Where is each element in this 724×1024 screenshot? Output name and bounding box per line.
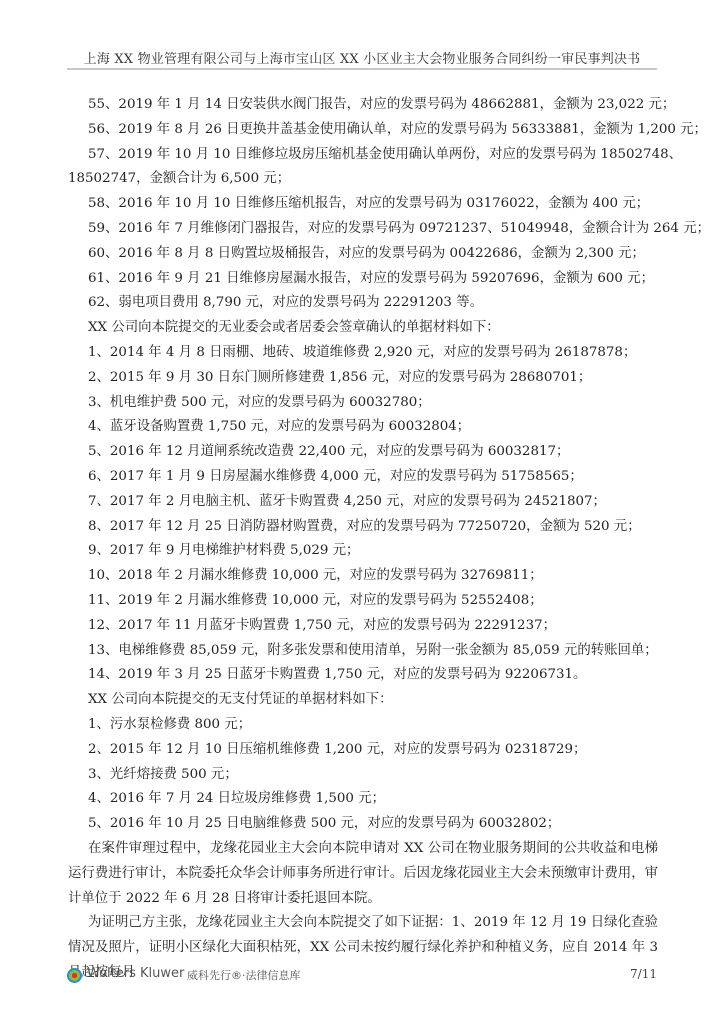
list-item: 2、2015 年 9 月 30 日东门厕所修建费 1,856 元，对应的发票号码… [68,366,658,391]
list-item: 14、2019 年 3 月 25 日蓝牙卡购置费 1,750 元，对应的发票号码… [68,663,658,688]
list-item: 59、2016 年 7 月维修闭门器报告，对应的发票号码为 09721237、5… [68,217,658,242]
list-item: 5、2016 年 12 月道闸系统改造费 22,400 元，对应的发票号码为 6… [68,440,658,465]
section-heading: XX 公司向本院提交的无支付凭证的单据材料如下： [68,688,658,713]
list-item: 13、电梯维修费 85,059 元，附多张发票和使用清单，另附一张金额为 85,… [68,639,658,664]
document-body: 55、2019 年 1 月 14 日安装供水阀门报告，对应的发票号码为 4866… [68,93,658,986]
list-item: 11、2019 年 2 月漏水维修费 10,000 元，对应的发票号码为 525… [68,589,658,614]
list-item: 1、2014 年 4 月 8 日雨棚、地砖、坡道维修费 2,920 元，对应的发… [68,341,658,366]
list-item: 55、2019 年 1 月 14 日安装供水阀门报告，对应的发票号码为 4866… [68,93,658,118]
list-item: 3、机电维护费 500 元，对应的发票号码为 60032780； [68,391,658,416]
footer-brand: Wolters Kluwer [87,966,184,981]
wolters-kluwer-logo-icon [67,968,82,983]
list-item: 62、弱电项目费用 8,790 元，对应的发票号码为 22291203 等。 [68,291,658,316]
section-heading: XX 公司向本院提交的无业委会或者居委会签章确认的单据材料如下： [68,316,658,341]
list-item: 2、2015 年 12 月 10 日压缩机维修费 1,200 元，对应的发票号码… [68,738,658,763]
footer-brand-cn: 威科先行®·法律信息库 [187,967,301,983]
list-item: 9、2017 年 9 月电梯维护材料费 5,029 元； [68,539,658,564]
list-item-continuation: 18502747，金额合计为 6,500 元； [68,167,658,192]
list-item: 4、2016 年 7 月 24 日垃圾房维修费 1,500 元； [68,787,658,812]
list-item: 8、2017 年 12 月 25 日消防器材购置费，对应的发票号码为 77250… [68,515,658,540]
list-item: 60、2016 年 8 月 8 日购置垃圾桶报告，对应的发票号码为 004226… [68,242,658,267]
list-item: 7、2017 年 2 月电脑主机、蓝牙卡购置费 4,250 元，对应的发票号码为… [68,490,658,515]
list-item: 58、2016 年 10 月 10 日维修压缩机报告，对应的发票号码为 0317… [68,192,658,217]
header-divider [67,68,657,70]
list-item: 61、2016 年 9 月 21 日维修房屋漏水报告，对应的发票号码为 5920… [68,267,658,292]
list-item: 12、2017 年 11 月蓝牙卡购置费 1,750 元，对应的发票号码为 22… [68,614,658,639]
paragraph-audit: 在案件审理过程中，龙缘花园业主大会向本院申请对 XX 公司在物业服务期间的公共收… [68,837,658,911]
list-item: 10、2018 年 2 月漏水维修费 10,000 元，对应的发票号码为 327… [68,564,658,589]
page-footer: Wolters Kluwer 威科先行®·法律信息库 7/11 [67,966,657,988]
list-item: 57、2019 年 10 月 10 日维修垃圾房压缩机基金使用确认单两份，对应的… [68,143,658,168]
list-item: 6、2017 年 1 月 9 日房屋漏水维修费 4,000 元，对应的发票号码为… [68,465,658,490]
list-item: 1、污水泵检修费 800 元； [68,713,658,738]
list-item: 5、2016 年 10 月 25 日电脑维修费 500 元，对应的发票号码为 6… [68,812,658,837]
document-header-title: 上海 XX 物业管理有限公司与上海市宝山区 XX 小区业主大会物业服务合同纠纷一… [67,48,657,67]
list-item: 4、蓝牙设备购置费 1,750 元，对应的发票号码为 60032804； [68,415,658,440]
list-item: 3、光纤熔接费 500 元； [68,763,658,788]
page-number: 7/11 [630,967,657,981]
list-item: 56、2019 年 8 月 26 日更换井盖基金使用确认单，对应的发票号码为 5… [68,118,658,143]
